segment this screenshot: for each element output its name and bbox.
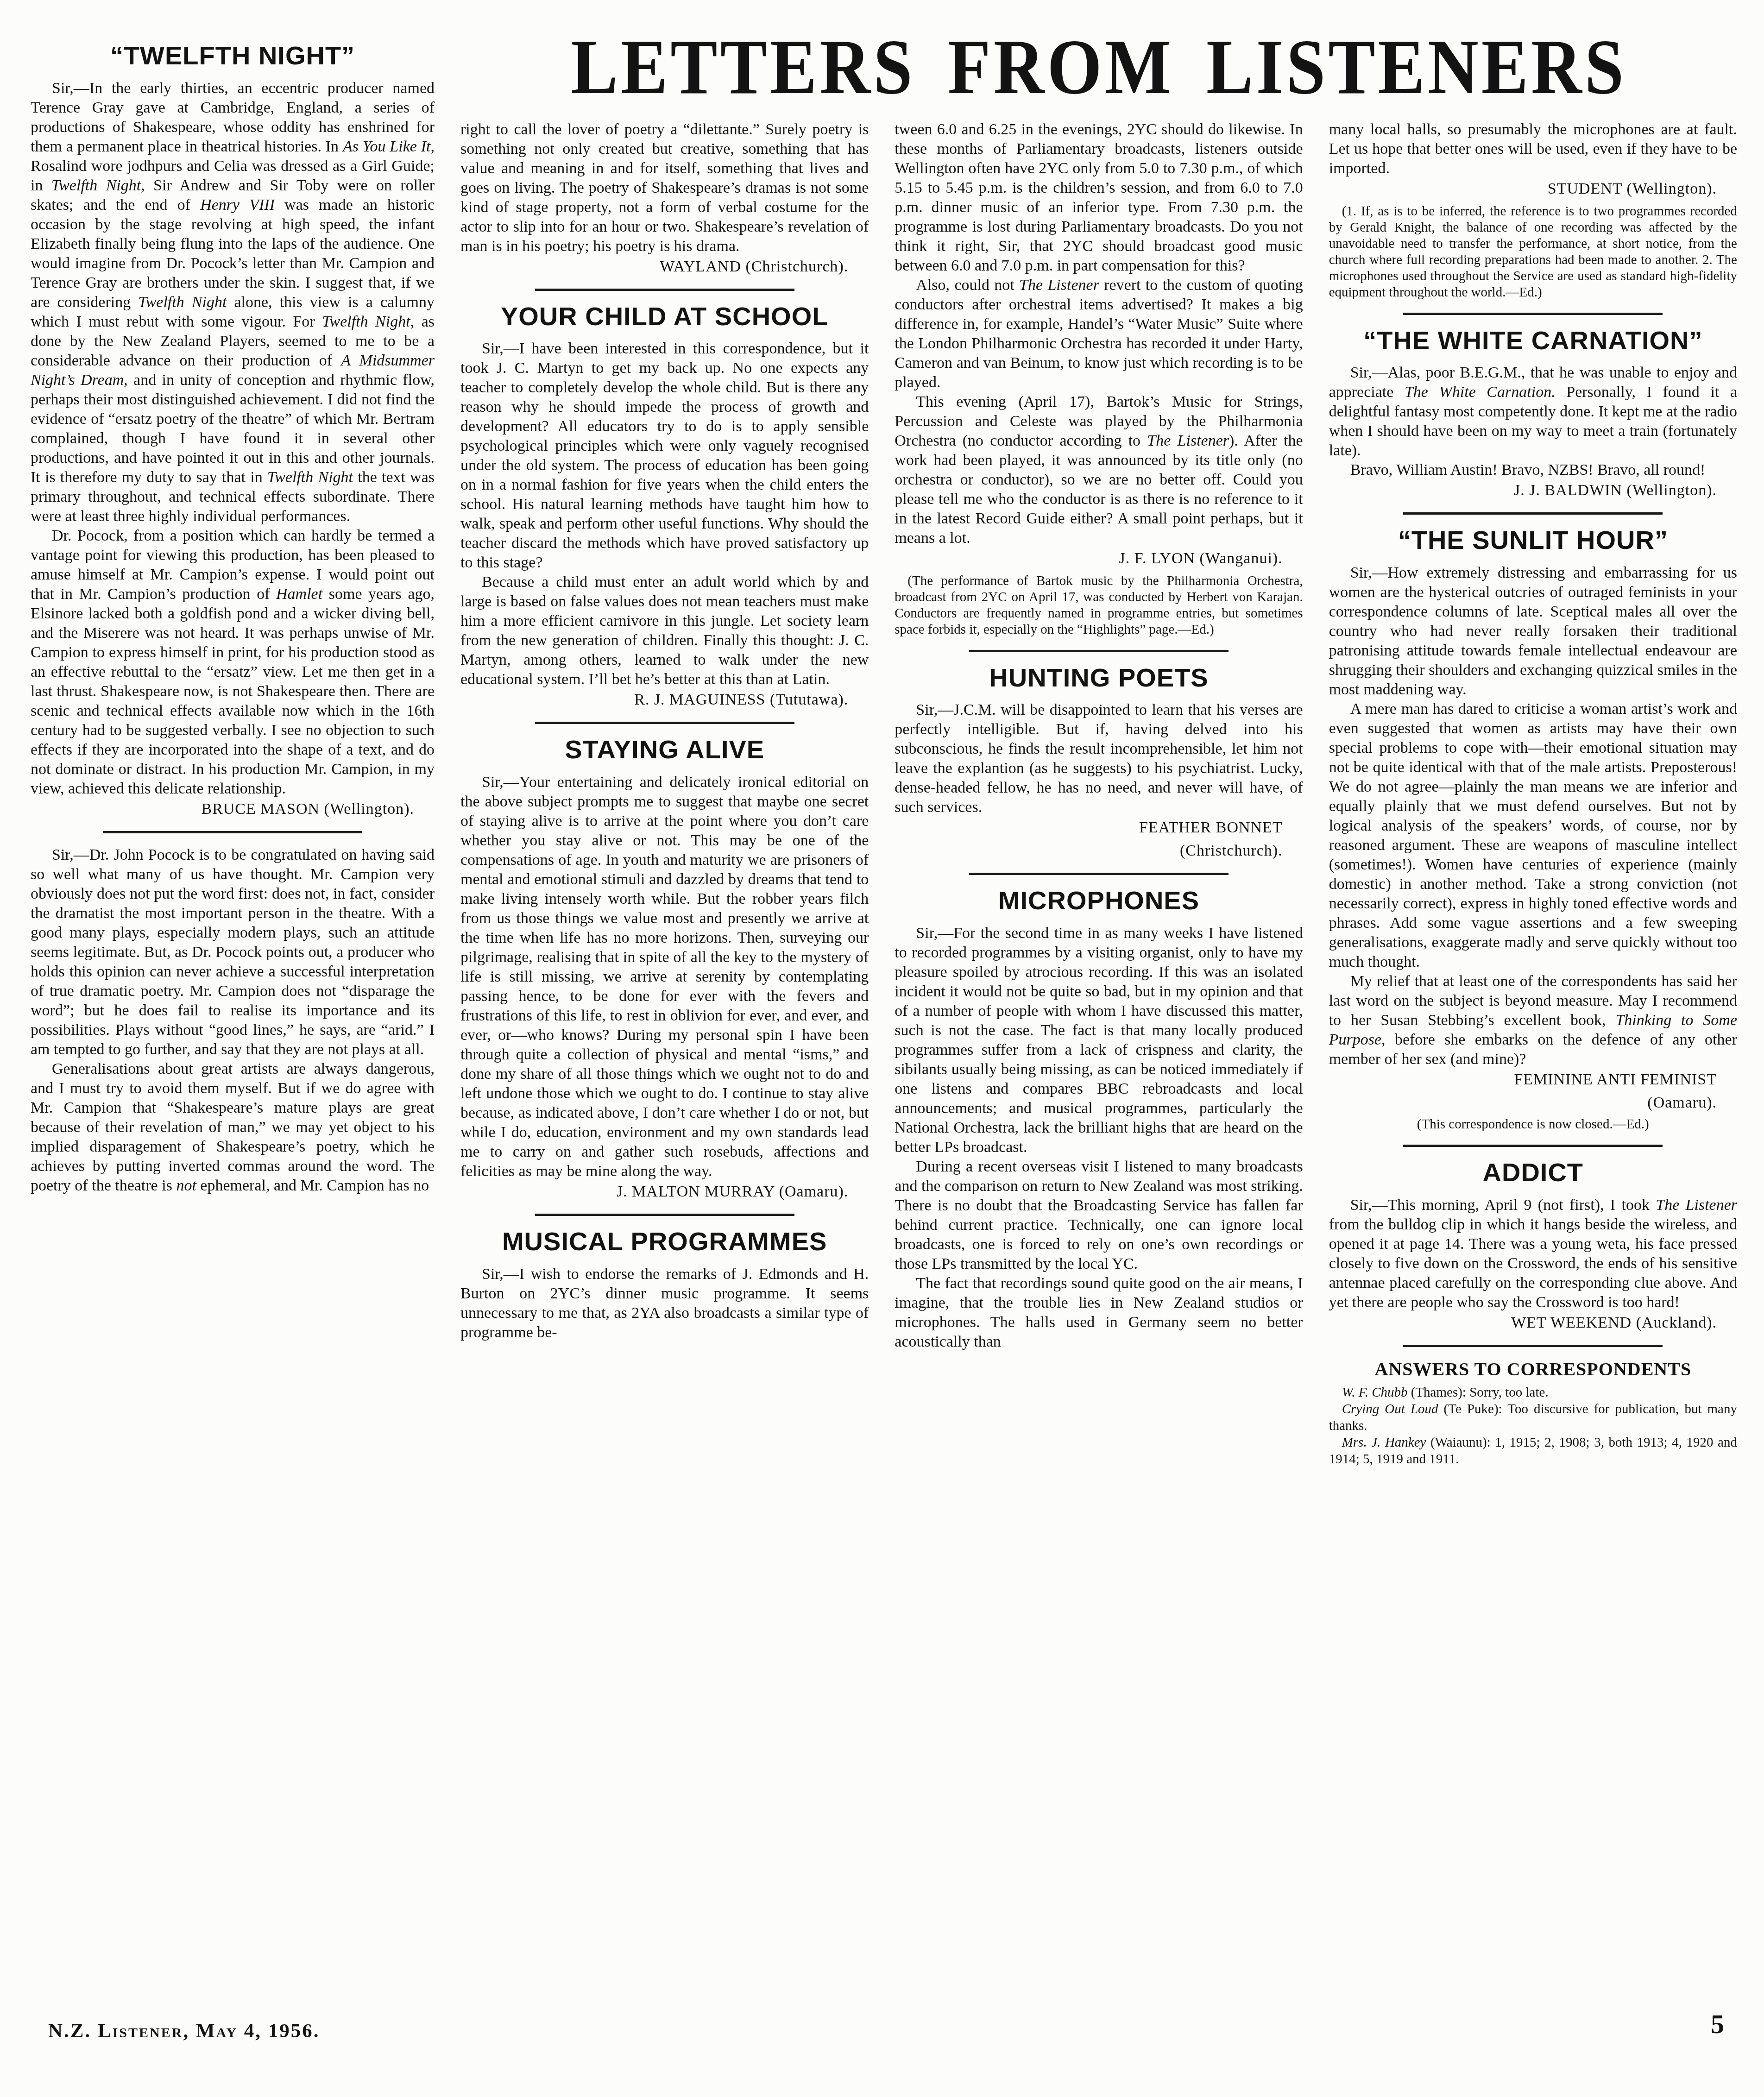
column-3: tween 6.0 and 6.25 in the evenings, 2YC … [895,120,1303,1467]
letter-signature: BRUCE MASON (Wellington). [31,800,435,819]
letter-paragraph: Sir,—Your entertaining and delicately ir… [460,773,869,1181]
letter-paragraph: A mere man has dared to criticise a woma… [1329,699,1737,972]
section-divider [1403,313,1663,315]
letter-heading: “THE WHITE CARNATION” [1329,327,1737,354]
letter-signature: J. F. LYON (Wanganui). [895,549,1303,568]
columns-layout: “TWELFTH NIGHT”Sir,—In the early thirtie… [31,25,1737,1467]
letter-paragraph: Sir,—I wish to endorse the remarks of J.… [460,1265,869,1342]
answers-entry: Mrs. J. Hankey (Waiaunu): 1, 1915; 2, 19… [1329,1434,1737,1467]
right-region: LETTERS FROM LISTENERS right to call the… [460,25,1737,1467]
letter-paragraph: During a recent overseas visit I listene… [895,1157,1303,1274]
letter-heading: YOUR CHILD AT SCHOOL [460,303,869,330]
letter-heading: MICROPHONES [895,887,1303,914]
letter-paragraph: My relief that at least one of the corre… [1329,972,1737,1069]
letter-paragraph: Sir,—J.C.M. will be disappointed to lear… [895,700,1303,817]
letter-paragraph: Also, could not The Listener revert to t… [895,276,1303,392]
letter-heading: STAYING ALIVE [460,736,869,763]
editor-note: (1. If, as is to be inferred, the refere… [1329,203,1737,301]
section-divider [1403,512,1663,515]
letter-signature: STUDENT (Wellington). [1329,179,1737,199]
letter-heading: “TWELFTH NIGHT” [31,42,435,69]
letter-paragraph-continued: many local halls, so presumably the micr… [1329,120,1737,178]
letter-signature: (Christchurch). [895,841,1303,861]
letter-paragraph: Sir,—I have been interested in this corr… [460,339,869,573]
letter-paragraph: This evening (April 17), Bartok’s Music … [895,392,1303,548]
page-title: LETTERS FROM LISTENERS [460,25,1737,108]
letter-paragraph-continued: right to call the lover of poetry a “dil… [460,120,869,256]
letter-paragraph: Sir,—For the second time in as many week… [895,924,1303,1157]
letter-paragraph: Sir,—This morning, April 9 (not first), … [1329,1196,1737,1312]
answers-heading: ANSWERS TO CORRESPONDENTS [1329,1359,1737,1379]
editor-note: (This correspondence is now closed.—Ed.) [1329,1116,1737,1133]
letter-signature: FEATHER BONNET [895,818,1303,838]
letter-heading: HUNTING POETS [895,664,1303,692]
answers-entry: W. F. Chubb (Thames): Sorry, too late. [1329,1384,1737,1401]
page-number: 5 [1711,2009,1724,2040]
section-divider [103,831,362,833]
letter-heading: MUSICAL PROGRAMMES [460,1228,869,1255]
section-divider [1403,1345,1663,1347]
section-divider [1403,1145,1663,1147]
section-divider [969,873,1228,875]
letter-paragraph: Generalisations about great artists are … [31,1059,435,1196]
answers-entry: Crying Out Loud (Te Puke): Too discursiv… [1329,1401,1737,1434]
column-1: “TWELFTH NIGHT”Sir,—In the early thirtie… [31,25,435,1196]
letter-heading: ADDICT [1329,1159,1737,1186]
letter-paragraph: Sir,—How extremely distressing and embar… [1329,563,1737,699]
letter-signature: (Oamaru). [1329,1093,1737,1113]
letter-paragraph: The fact that recordings sound quite goo… [895,1274,1303,1352]
issue-footer: N.Z. Listener, May 4, 1956. [48,2020,320,2042]
letter-paragraph: Bravo, William Austin! Bravo, NZBS! Brav… [1329,460,1737,480]
letter-signature: FEMININE ANTI FEMINIST [1329,1070,1737,1089]
letter-signature: R. J. MAGUINESS (Tututawa). [460,690,869,710]
letter-paragraph: Because a child must enter an adult worl… [460,573,869,689]
letter-signature: WET WEEKEND (Auckland). [1329,1313,1737,1333]
letter-signature: WAYLAND (Christchurch). [460,257,869,277]
letter-paragraph: Sir,—Alas, poor B.E.G.M., that he was un… [1329,363,1737,460]
section-divider [535,1214,794,1216]
letter-paragraph: Sir,—In the early thirties, an eccentric… [31,79,435,526]
section-divider [969,650,1228,652]
column-2: right to call the lover of poetry a “dil… [460,120,869,1467]
editor-note: (The performance of Bartok music by the … [895,573,1303,638]
letter-paragraph: Dr. Pocock, from a position which can ha… [31,526,435,799]
letter-signature: J. J. BALDWIN (Wellington). [1329,481,1737,500]
right-columns: right to call the lover of poetry a “dil… [460,120,1737,1467]
newspaper-page: “TWELFTH NIGHT”Sir,—In the early thirtie… [0,0,1764,2097]
letter-paragraph-continued: tween 6.0 and 6.25 in the evenings, 2YC … [895,120,1303,276]
letter-signature: J. MALTON MURRAY (Oamaru). [460,1182,869,1202]
section-divider [535,289,794,291]
letter-paragraph: Sir,—Dr. John Pocock is to be congratula… [31,845,435,1059]
section-divider [535,722,794,724]
column-4: many local halls, so presumably the micr… [1329,120,1737,1467]
letter-heading: “THE SUNLIT HOUR” [1329,527,1737,554]
